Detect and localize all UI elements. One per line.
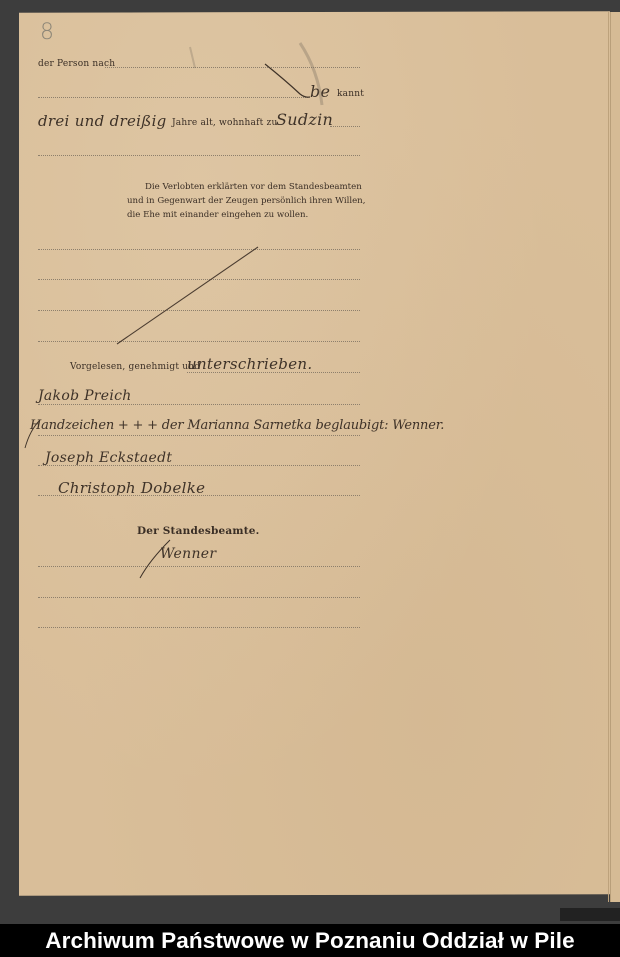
age-residence-label: Jahre alt, wohnhaft zu [172, 118, 277, 128]
dotted-line-1 [105, 67, 360, 68]
dotted-line-12 [38, 465, 360, 466]
kannt-label: kannt [337, 89, 364, 99]
dotted-line-13 [38, 495, 360, 496]
declaration-line-1: Die Verlobten erklärten vor dem Standesb… [145, 180, 362, 194]
declaration-line-3: die Ehe mit einander eingehen zu wollen. [127, 208, 308, 222]
handwritten-residence: Sudzin [276, 110, 333, 129]
dotted-line-4 [38, 155, 360, 156]
handwritten-unterschrieben: unterschrieben. [187, 355, 312, 373]
scan-frame: 8 der Person nach be kannt drei und drei… [0, 0, 620, 957]
read-approved-label: Vorgelesen, genehmigt und [70, 362, 200, 372]
signature-2: Handzeichen + + + der Marianna Sarnetka … [30, 418, 444, 433]
dotted-line-7 [38, 310, 360, 311]
handwritten-be: be [310, 82, 330, 101]
person-label: der Person nach [38, 59, 115, 69]
dotted-line-5 [38, 249, 360, 250]
dotted-line-2 [38, 97, 308, 98]
handwritten-age: drei und dreißig [38, 112, 167, 130]
dotted-line-10 [38, 404, 360, 405]
page-fold-line [608, 12, 609, 902]
signature-1: Jakob Preich [38, 388, 132, 404]
pencil-page-number: 8 [40, 20, 54, 45]
dotted-line-3 [330, 126, 360, 127]
registrar-signature: Wenner [160, 546, 216, 562]
dotted-line-8 [38, 341, 360, 342]
signature-3: Joseph Eckstaedt [45, 450, 172, 466]
dotted-line-15 [38, 597, 360, 598]
adjacent-page-edge [610, 12, 620, 902]
dotted-line-6 [38, 279, 360, 280]
registrar-title: Der Standesbeamte. [137, 525, 260, 537]
dotted-line-14 [38, 566, 360, 567]
declaration-line-2: und in Gegenwart der Zeugen persönlich i… [127, 194, 365, 208]
dotted-line-11 [38, 435, 360, 436]
dotted-line-9 [187, 372, 360, 373]
dotted-line-16 [38, 627, 360, 628]
bottom-shadow [560, 908, 620, 921]
archive-credit-footer: Archiwum Państwowe w Poznaniu Oddział w … [0, 924, 620, 957]
